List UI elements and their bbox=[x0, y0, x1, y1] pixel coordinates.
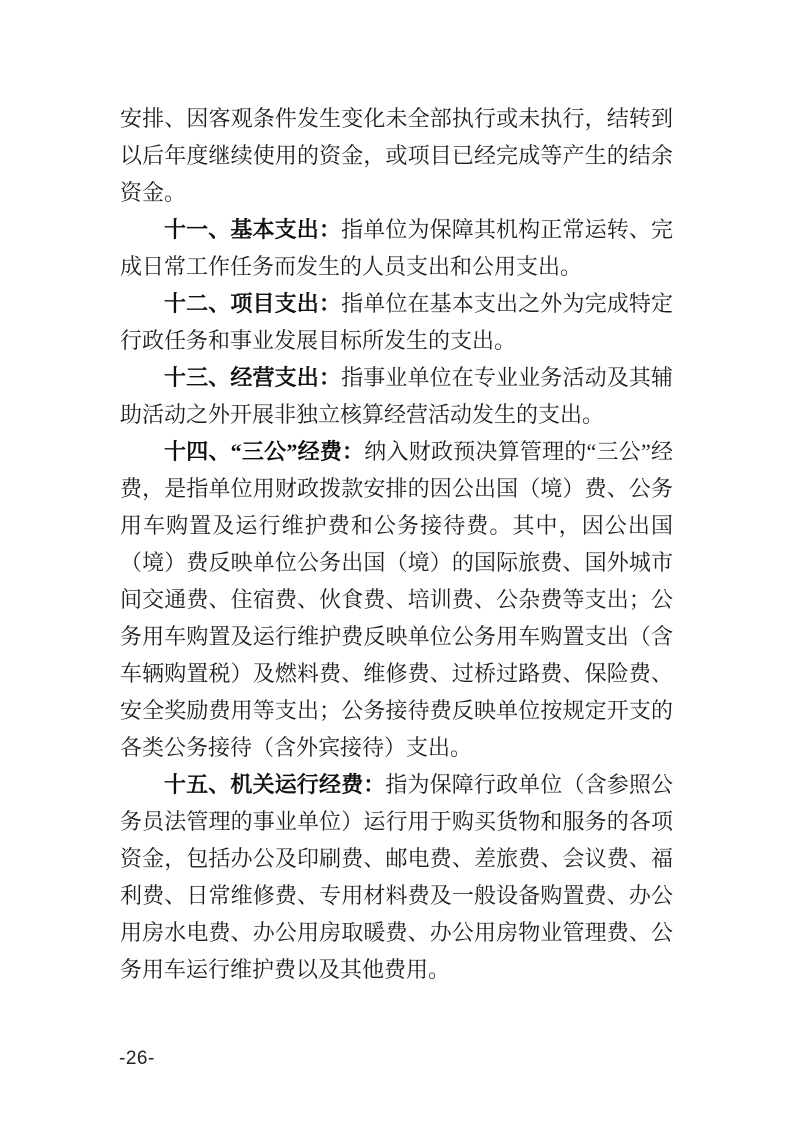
page-number: -26- bbox=[119, 1048, 155, 1070]
paragraph-item-14-three-public-funds: 十四、“三公”经费：纳入财政预决算管理的“三公”经费，是指单位用财政拨款安排的因… bbox=[120, 433, 673, 766]
paragraph-item-15-agency-operating-funds: 十五、机关运行经费：指为保障行政单位（含参照公务员法管理的事业单位）运行用于购买… bbox=[120, 766, 673, 988]
document-page: 安排、因客观条件发生变化未全部执行或未执行，结转到以后年度继续使用的资金，或项目… bbox=[0, 0, 793, 1122]
paragraph-heading: 十五、机关运行经费： bbox=[164, 772, 385, 797]
paragraph-heading: 十一、基本支出： bbox=[164, 217, 341, 242]
paragraph-carryover: 安排、因客观条件发生变化未全部执行或未执行，结转到以后年度继续使用的资金，或项目… bbox=[120, 100, 673, 211]
paragraph-heading: 十四、“三公”经费： bbox=[164, 439, 364, 464]
paragraph-heading: 十三、经营支出： bbox=[164, 365, 341, 390]
paragraph-text: 纳入财政预决算管理的“三公”经费，是指单位用财政拨款安排的因公出国（境）费、公务… bbox=[120, 439, 673, 760]
paragraph-item-13-operating-expenditure: 十三、经营支出：指事业单位在专业业务活动及其辅助活动之外开展非独立核算经营活动发… bbox=[120, 359, 673, 433]
paragraph-text: 指为保障行政单位（含参照公务员法管理的事业单位）运行用于购买货物和服务的各项资金… bbox=[120, 772, 673, 982]
paragraph-item-12-project-expenditure: 十二、项目支出：指单位在基本支出之外为完成特定行政任务和事业发展目标所发生的支出… bbox=[120, 285, 673, 359]
document-body: 安排、因客观条件发生变化未全部执行或未执行，结转到以后年度继续使用的资金，或项目… bbox=[120, 100, 673, 988]
paragraph-text: 安排、因客观条件发生变化未全部执行或未执行，结转到以后年度继续使用的资金，或项目… bbox=[120, 106, 673, 205]
paragraph-item-11-basic-expenditure: 十一、基本支出：指单位为保障其机构正常运转、完成日常工作任务而发生的人员支出和公… bbox=[120, 211, 673, 285]
paragraph-heading: 十二、项目支出： bbox=[164, 291, 341, 316]
